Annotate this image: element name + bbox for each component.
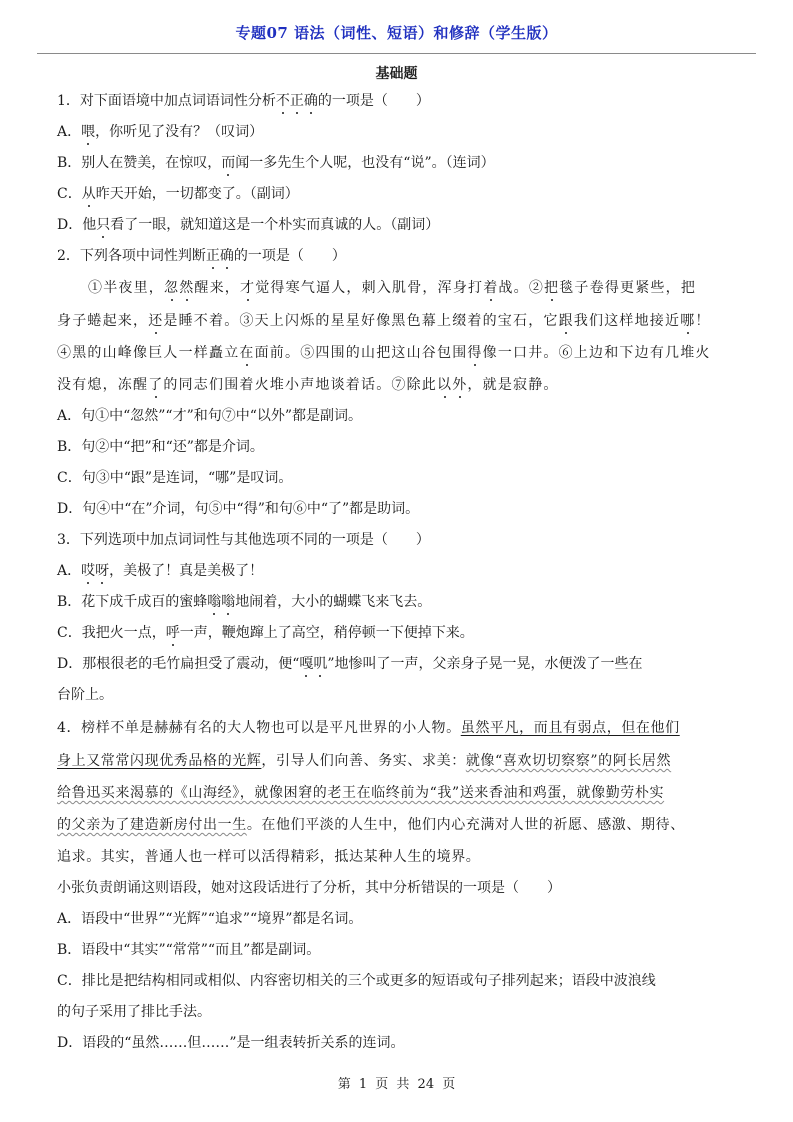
question-1-option-c: C．从昨天开始，一切都变了。（副词） [57, 184, 299, 204]
question-1-option-a: A．喂，你听见了没有？（叹词） [57, 122, 263, 142]
question-4-passage-line: 的父亲为了建造新房付出一生。在他们平淡的人生中，他们内心充满对人世的祈愿、感激、… [57, 815, 685, 835]
emphasis-dot-char: 以 [437, 377, 452, 393]
question-3-option-a: A．哎呀，美极了！真是美极了！ [57, 561, 263, 581]
emphasis-dot-char: 还 [148, 313, 163, 329]
question-4-passage-line: 给鲁迅买来渴慕的《山海经》，就像困窘的老王在临终前为“我”送来香油和鸡蛋，就像勤… [57, 783, 664, 803]
emphasis-dot-char: 着 [483, 280, 498, 296]
emphasis-dot-char: 哎 [81, 563, 95, 579]
emphasis-dot-char: 外 [452, 377, 467, 393]
question-1-option-d: D．他只看了一眼，就知道这是一个朴实而真诚的人。（副词） [57, 215, 439, 235]
emphasis-dot-char: 叽 [313, 656, 327, 672]
question-3-option-c: C．我把火一点，呼一声，鞭炮蹿上了高空，稍停顿一下便掉下来。 [57, 623, 474, 643]
question-3-option-b: B．花下成千成百的蜜蜂嗡嗡地闹着，大小的蝴蝶飞来飞去。 [57, 592, 431, 612]
wavy-underlined-text: 的父亲为了建造新房付出一生 [57, 817, 247, 833]
header-divider [37, 53, 756, 54]
underlined-text: 虽然平凡，而且有弱点，但在他们 [461, 720, 680, 736]
emphasis-dot-char: 而 [221, 155, 235, 171]
emphasis-dot-char: 呀 [95, 563, 109, 579]
emphasis-dot-char: 才 [240, 280, 255, 296]
document-title: 专题07 语法（词性、短语）和修辞（学生版） [0, 22, 793, 43]
wavy-underlined-text: 就像“喜欢切切察察”的阿长居然 [466, 753, 671, 769]
document-page: 专题07 语法（词性、短语）和修辞（学生版） 基础题 1．对下面语境中加点词语词… [0, 0, 793, 1122]
question-4-passage-line: 4．榜样不单是赫赫有名的大人物也可以是平凡世界的小人物。虽然平凡，而且有弱点，但… [57, 718, 680, 738]
emphasis-dot-char: 正 [290, 93, 304, 109]
question-2-passage-line: ④黑的山峰像巨人一样矗立在面前。⑤四围的山把这山谷包围得像一口井。⑥上边和下边有… [57, 343, 711, 363]
underlined-text: 身上又常常闪现优秀品格的光辉 [57, 753, 261, 769]
page-number-footer: 第 1 页 共 24 页 [0, 1073, 793, 1092]
emphasis-dot-char: 嘎 [299, 656, 313, 672]
emphasis-dot-char: 跟 [559, 313, 574, 329]
question-2-passage-line: 没有熄，冻醒了的同志们围着火堆小声地谈着话。⑦除此以外，就是寂静。 [57, 375, 559, 395]
emphasis-dot-char: 忽 [164, 280, 179, 296]
question-2-passage-line: ①半夜里，忽然醒来，才觉得寒气逼人，刺入肌骨，浑身打着战。②把毯子卷得更紧些，把 [88, 278, 696, 298]
emphasis-dot-char: 只 [96, 217, 110, 233]
question-2-option-b: B．句②中“把”和“还”都是介词。 [57, 437, 264, 457]
emphasis-dot-char: 得 [467, 345, 482, 361]
question-1-option-b: B．别人在赞美，在惊叹，而闻一多先生个人呢，也没有“说”。（连词） [57, 153, 495, 173]
emphasis-dot-char: 确 [220, 248, 234, 264]
question-4-option-a: A．语段中“世界”“光辉”“追求”“境界”都是名词。 [57, 909, 362, 929]
emphasis-dot-char: 嗡 [207, 594, 221, 610]
question-4-passage-line: 身上又常常闪现优秀品格的光辉，引导人们向善、务实、求美：就像“喜欢切切察察”的阿… [57, 751, 671, 771]
question-2-stem: 2．下列各项中词性判断正确的一项是（ ） [57, 246, 346, 266]
question-3-option-d-wrap: 台阶上。 [57, 685, 113, 705]
emphasis-dot-char: 嗡 [221, 594, 235, 610]
question-4-option-d: D．语段的“虽然……但……”是一组表转折关系的连词。 [57, 1033, 405, 1053]
question-2-option-a: A．句①中“忽然”“才”和句⑦中“以外”都是副词。 [57, 406, 362, 426]
section-heading: 基础题 [0, 63, 793, 83]
emphasis-dot-char: 然 [179, 280, 194, 296]
emphasis-dot-char: 确 [304, 93, 318, 109]
question-4-option-c: C．排比是把结构相同或相似、内容密切相关的三个或更多的短语或句子排列起来；语段中… [57, 971, 656, 991]
question-4-option-b: B．语段中“其实”“常常”“而且”都是副词。 [57, 940, 320, 960]
emphasis-dot-char: 不 [276, 93, 290, 109]
question-4-stem: 小张负责朗诵这则语段，她对这段话进行了分析，其中分析错误的一项是（ ） [57, 878, 561, 898]
question-2-option-c: C．句③中“跟”是连词，“哪”是叹词。 [57, 468, 292, 488]
emphasis-dot-char: 正 [206, 248, 220, 264]
question-2-passage-line: 身子蜷起来，还是睡不着。③天上闪烁的星星好像黑色幕上缀着的宝石，它跟我们这样地接… [57, 311, 711, 331]
emphasis-dot-char: 把 [544, 280, 559, 296]
question-3-stem: 3．下列选项中加点词词性与其他选项不同的一项是（ ） [57, 530, 430, 550]
emphasis-dot-char: 喂 [81, 124, 95, 140]
emphasis-dot-char: 在 [239, 345, 254, 361]
emphasis-dot-char: 从 [82, 186, 96, 202]
emphasis-dot-char: 呼 [166, 625, 180, 641]
question-4-passage-line: 追求。其实，普通人也一样可以活得精彩，抵达某种人生的境界。 [57, 847, 480, 867]
wavy-underlined-text: 给鲁迅买来渴慕的《山海经》，就像困窘的老王在临终前为“我”送来香油和鸡蛋，就像勤… [57, 785, 664, 801]
question-2-option-d: D．句④中“在”介词，句⑤中“得”和句⑥中“了”都是助词。 [57, 499, 419, 519]
question-3-option-d: D．那根很老的毛竹扁担受了震动，便“嘎叽”地惨叫了一声，父亲身子晃一晃，水便泼了… [57, 654, 643, 674]
question-1-stem: 1．对下面语境中加点词语词性分析不正确的一项是（ ） [57, 91, 430, 111]
emphasis-dot-char: 哪 [680, 313, 695, 329]
emphasis-dot-char: 了 [148, 377, 163, 393]
question-4-option-c-wrap: 的句子采用了排比手法。 [57, 1002, 211, 1022]
